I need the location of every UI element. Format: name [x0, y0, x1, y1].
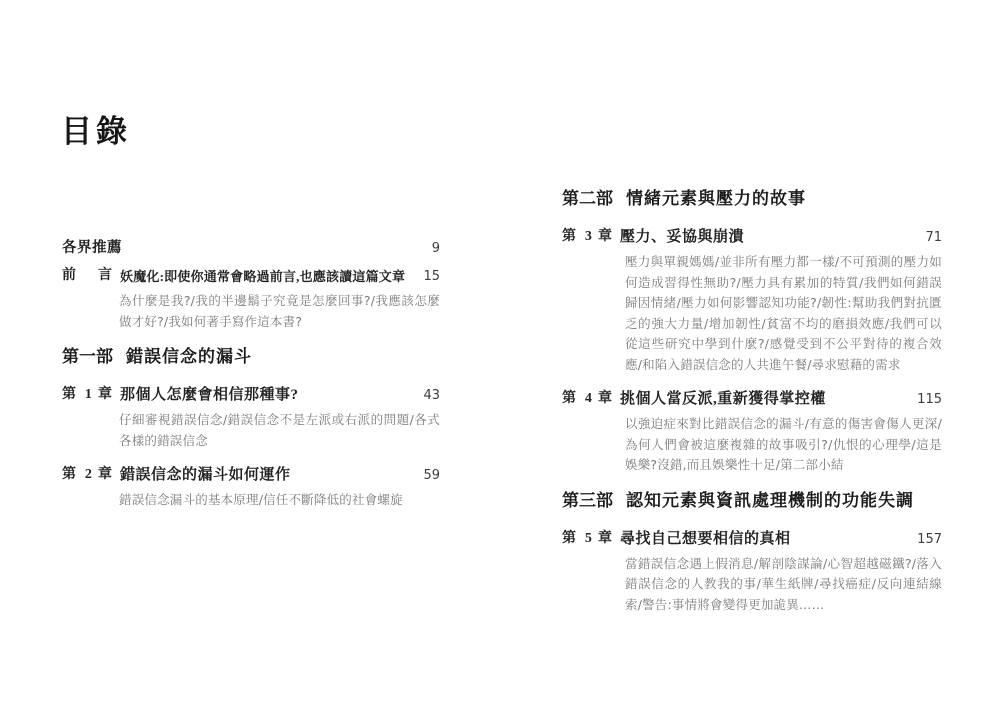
- toc-entry: 第 4 章 挑個人當反派,重新獲得掌控權 115: [562, 389, 942, 410]
- toc-entry: 第 2 章 錯誤信念的漏斗如何運作 59: [62, 465, 440, 486]
- entry-label: 第 3 章: [562, 227, 612, 247]
- entry-page-number: 115: [917, 389, 942, 410]
- part-heading: 第二部情緒元素與壓力的故事: [562, 186, 942, 213]
- toc-column-right: 第二部情緒元素與壓力的故事 第 3 章 壓力、妥協與崩潰 71 壓力與單親媽媽/…: [562, 186, 942, 615]
- entry-label: 第 2 章: [62, 465, 112, 485]
- entry-title: 各界推薦: [62, 238, 422, 258]
- entry-title: 壓力、妥協與崩潰: [620, 227, 915, 247]
- entry-subtopics: 壓力與單親媽媽/並非所有壓力都一樣/不可預測的壓力如何造成習得性無助?/壓力具有…: [625, 252, 942, 375]
- entry-subtopics: 以強迫症來對比錯誤信念的漏斗/有意的傷害會傷人更深/為何人們會被這麼複雜的故事吸…: [625, 414, 942, 476]
- entry-subtopics: 錯誤信念漏斗的基本原理/信任不斷降低的社會螺旋: [119, 490, 440, 511]
- entry-page-number: 157: [917, 529, 942, 550]
- part-title: 情緒元素與壓力的故事: [626, 189, 806, 208]
- entry-subtopics: 仔細審視錯誤信念/錯誤信念不是左派或右派的問題/各式各樣的錯誤信念: [119, 410, 440, 451]
- entry-title: 妖魔化:即使你通常會略過前言,也應該讀這篇文章: [120, 266, 413, 287]
- part-label: 第三部: [562, 491, 613, 510]
- entry-title: 錯誤信念的漏斗如何運作: [120, 465, 413, 485]
- toc-entry: 前 言 妖魔化:即使你通常會略過前言,也應該讀這篇文章 15: [62, 266, 440, 287]
- part-heading: 第一部錯誤信念的漏斗: [62, 344, 440, 371]
- entry-title: 挑個人當反派,重新獲得掌控權: [620, 389, 907, 409]
- entry-label: 第 5 章: [562, 529, 612, 549]
- part-title: 認知元素與資訊處理機制的功能失調: [626, 491, 914, 510]
- page-title: 目錄: [61, 106, 131, 151]
- part-label: 第二部: [562, 189, 613, 208]
- entry-subtopics: 當錯誤信念遇上假消息/解剖陰謀論/心智超越磁鐵?/落入錯誤信念的人教我的事/華生…: [625, 554, 942, 616]
- part-heading: 第三部認知元素與資訊處理機制的功能失調: [562, 488, 942, 515]
- entry-page-number: 43: [423, 385, 440, 406]
- entry-title: 尋找自己想要相信的真相: [620, 529, 907, 549]
- toc-entry: 第 5 章 尋找自己想要相信的真相 157: [562, 529, 942, 550]
- toc-entry: 第 1 章 那個人怎麼會相信那種事? 43: [62, 385, 440, 406]
- entry-subtopics: 為什麼是我?/我的半邊鬍子究竟是怎麼回事?/我應該怎麼做才好?/我如何著手寫作這…: [119, 291, 440, 332]
- entry-page-number: 71: [925, 227, 942, 248]
- toc-entry: 第 3 章 壓力、妥協與崩潰 71: [562, 227, 942, 248]
- entry-label: 前 言: [62, 266, 112, 286]
- entry-label: 第 4 章: [562, 389, 612, 409]
- entry-page-number: 15: [423, 266, 440, 287]
- part-title: 錯誤信念的漏斗: [126, 347, 252, 366]
- toc-column-left: 各界推薦 9 前 言 妖魔化:即使你通常會略過前言,也應該讀這篇文章 15 為什…: [62, 238, 440, 511]
- entry-page-number: 9: [432, 238, 440, 259]
- part-label: 第一部: [62, 347, 113, 366]
- entry-page-number: 59: [423, 465, 440, 486]
- entry-title: 那個人怎麼會相信那種事?: [120, 385, 413, 405]
- toc-entry: 各界推薦 9: [62, 238, 440, 259]
- entry-label: 第 1 章: [62, 385, 112, 405]
